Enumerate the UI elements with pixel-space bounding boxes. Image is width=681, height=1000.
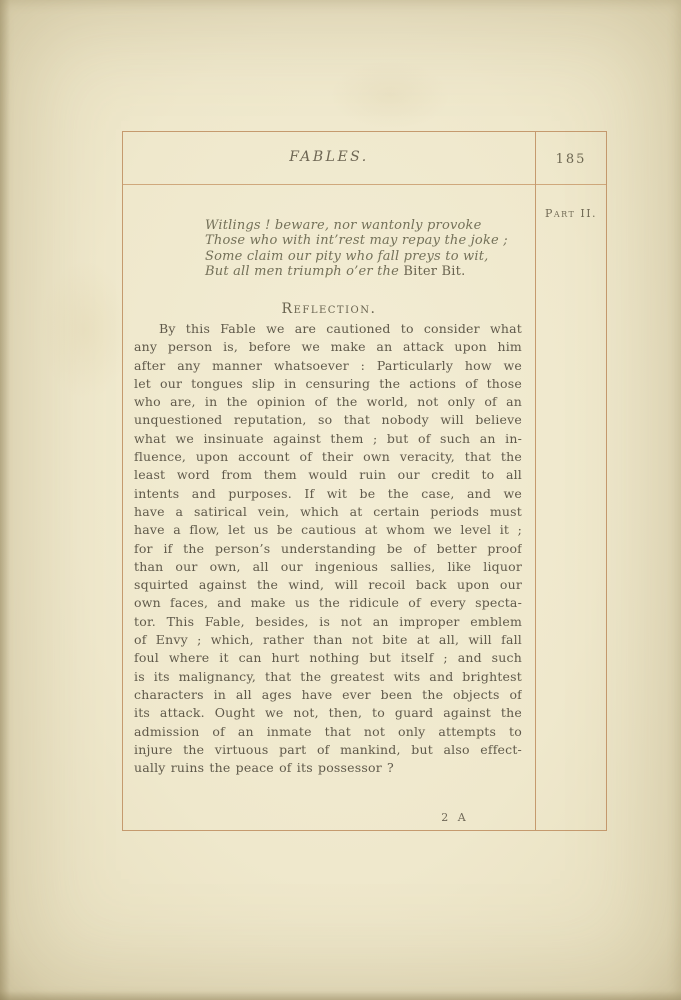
scan-edge-shadow	[0, 0, 10, 1000]
section-heading: Reflection.	[123, 301, 535, 317]
body-line: characters in all ages have ever been th…	[134, 686, 522, 704]
body-line: for if the person’s understanding be of …	[134, 540, 522, 558]
body-line: what we insinuate against them ; but of …	[134, 430, 522, 448]
body-line: unquestioned reputation, so that nobody …	[134, 411, 522, 429]
body-line: own faces, and make us the ridicule of e…	[134, 594, 522, 612]
body-line: of Envy ; which, rather than not bite at…	[134, 631, 522, 649]
margin-rule	[535, 132, 536, 830]
page-border-frame: FABLES. 185 Part II. Witlings ! beware, …	[122, 131, 607, 831]
body-line: have a flow, let us be cautious at whom …	[134, 521, 522, 539]
body-line: fluence, upon account of their own verac…	[134, 448, 522, 466]
body-line: admission of an inmate that not only att…	[134, 723, 522, 741]
paper-stain	[330, 60, 450, 130]
running-title: FABLES.	[123, 149, 535, 165]
body-line: who are, in the opinion of the world, no…	[134, 393, 522, 411]
scan-edge-shadow	[0, 991, 681, 1000]
body-line: ually ruins the peace of its possessor ?	[134, 759, 522, 777]
verse-line: Witlings ! beware, nor wantonly provoke	[205, 218, 535, 233]
verse-line: Some claim our pity who fall preys to wi…	[205, 249, 535, 264]
body-line: intents and purposes. If wit be the case…	[134, 485, 522, 503]
body-line: tor. This Fable, besides, is not an impr…	[134, 613, 522, 631]
paper-stain	[40, 260, 130, 400]
body-line: squirted against the wind, will recoil b…	[134, 576, 522, 594]
verse-line: But all men triumph o’er the Biter Bit.	[205, 264, 535, 279]
body-line: By this Fable we are cautioned to consid…	[134, 320, 522, 338]
body-line: injure the virtuous part of mankind, but…	[134, 741, 522, 759]
body-line: than our own, all our ingenious sallies,…	[134, 558, 522, 576]
body-line: is its malignancy, that the greatest wit…	[134, 668, 522, 686]
body-line: foul where it can hurt nothing but itsel…	[134, 649, 522, 667]
body-line: have a satirical vein, which at certain …	[134, 503, 522, 521]
body-line: any person is, before we make an attack …	[134, 338, 522, 356]
body-line: least word from them would ruin our cred…	[134, 466, 522, 484]
signature-mark: 2 A	[425, 811, 485, 824]
verse-line: Those who with int’rest may repay the jo…	[205, 233, 535, 248]
body-line: its attack. Ought we not, then, to guard…	[134, 704, 522, 722]
body-line: after any manner whatsoever : Particular…	[134, 357, 522, 375]
header-rule	[123, 184, 606, 185]
part-label: Part II.	[536, 207, 606, 220]
verse: Witlings ! beware, nor wantonly provokeT…	[205, 218, 535, 280]
body-text: By this Fable we are cautioned to consid…	[134, 320, 522, 777]
scanned-book-page: FABLES. 185 Part II. Witlings ! beware, …	[0, 0, 681, 1000]
page-number: 185	[536, 152, 606, 167]
body-line: let our tongues slip in censuring the ac…	[134, 375, 522, 393]
